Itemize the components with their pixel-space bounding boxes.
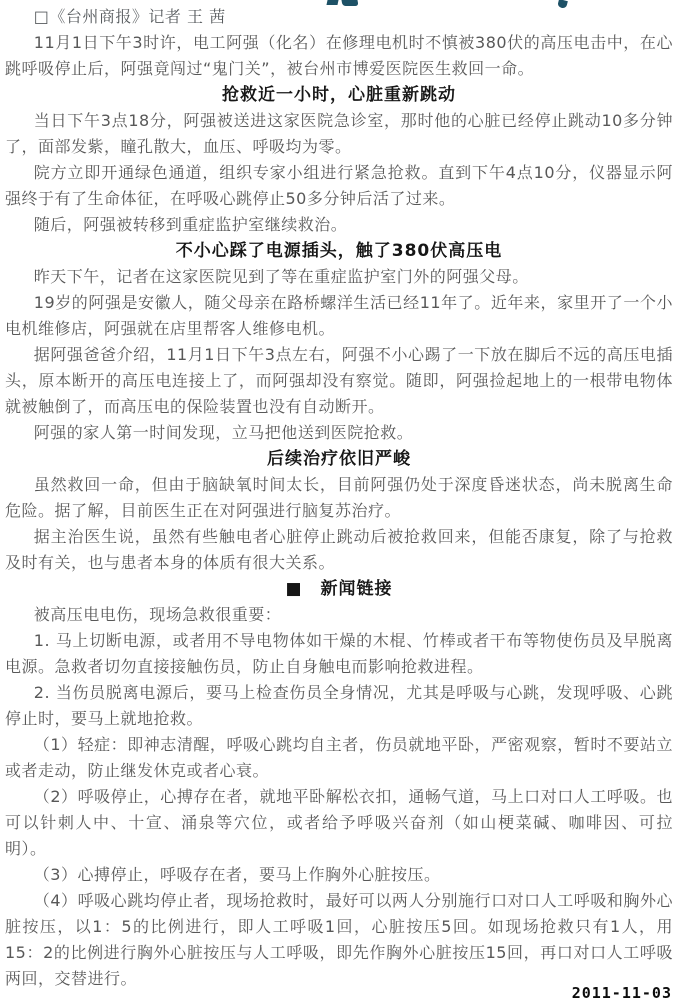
newspaper-article-page: □《台州商报》记者 王 茜 11月1日下午3时许，电工阿强（化名）在修理电机时不… — [0, 0, 682, 1005]
body-paragraph: （3）心搏停止，呼吸存在者，要马上作胸外心脏按压。 — [5, 862, 673, 888]
body-paragraph: 1. 马上切断电源，或者用不导电物体如干燥的木棍、竹棒或者干布等物使伤员及早脱离… — [5, 628, 673, 680]
body-paragraph: 据阿强爸爸介绍，11月1日下午3点左右，阿强不小心踢了一下放在脚后不远的高压电插… — [5, 342, 673, 420]
body-paragraph: 虽然救回一命，但由于脑缺氧时间太长，目前阿强仍处于深度昏迷状态，尚未脱离生命危险… — [5, 472, 673, 524]
body-paragraph: 昨天下午，记者在这家医院见到了等在重症监护室门外的阿强父母。 — [5, 264, 673, 290]
body-paragraph: 随后，阿强被转移到重症监护室继续救治。 — [5, 212, 673, 238]
body-paragraph: （2）呼吸停止，心搏存在者，就地平卧解松衣扣，通畅气道，马上口对口人工呼吸。也可… — [5, 784, 673, 862]
body-paragraph: （4）呼吸心跳均停止者，现场抢救时，最好可以两人分别施行口对口人工呼吸和胸外心脏… — [5, 888, 673, 992]
body-paragraph: （1）轻症：即神志清醒，呼吸心跳均自主者，伤员就地平卧，严密观察，暂时不要站立或… — [5, 732, 673, 784]
body-paragraph: 院方立即开通绿色通道，组织专家小组进行紧急抢救。直到下午4点10分，仪器显示阿强… — [5, 160, 673, 212]
article-blocks: 11月1日下午3时许，电工阿强（化名）在修理电机时不慎被380伏的高压电击中，在… — [5, 30, 673, 992]
body-paragraph: 19岁的阿强是安徽人，随父母亲在路桥螺洋生活已经11年了。近年来，家里开了一个小… — [5, 290, 673, 342]
section-heading: 抢救近一小时，心脏重新跳动 — [5, 82, 673, 108]
body-paragraph: 据主治医生说，虽然有些触电者心脏停止跳动后被抢救回来，但能否康复，除了与抢救及时… — [5, 524, 673, 576]
article-body: □《台州商报》记者 王 茜 11月1日下午3时许，电工阿强（化名）在修理电机时不… — [5, 4, 673, 992]
body-paragraph: 2. 当伤员脱离电源后，要马上检查伤员全身情况，尤其是呼吸与心跳，发现呼吸、心跳… — [5, 680, 673, 732]
body-paragraph: 11月1日下午3时许，电工阿强（化名）在修理电机时不慎被380伏的高压电击中，在… — [5, 30, 673, 82]
date-stamp: 2011-11-03 — [572, 984, 672, 1002]
body-paragraph: 被高压电电伤，现场急救很重要： — [5, 602, 673, 628]
body-paragraph: 阿强的家人第一时间发现，立马把他送到医院抢救。 — [5, 420, 673, 446]
body-paragraph: 当日下午3点18分，阿强被送进这家医院急诊室，那时他的心脏已经停止跳动10多分钟… — [5, 108, 673, 160]
section-heading: 后续治疗依旧严峻 — [5, 446, 673, 472]
section-heading: 不小心踩了电源插头，触了380伏高压电 — [5, 238, 673, 264]
byline: □《台州商报》记者 王 茜 — [5, 4, 673, 30]
section-heading: ■ 新闻链接 — [5, 576, 673, 602]
